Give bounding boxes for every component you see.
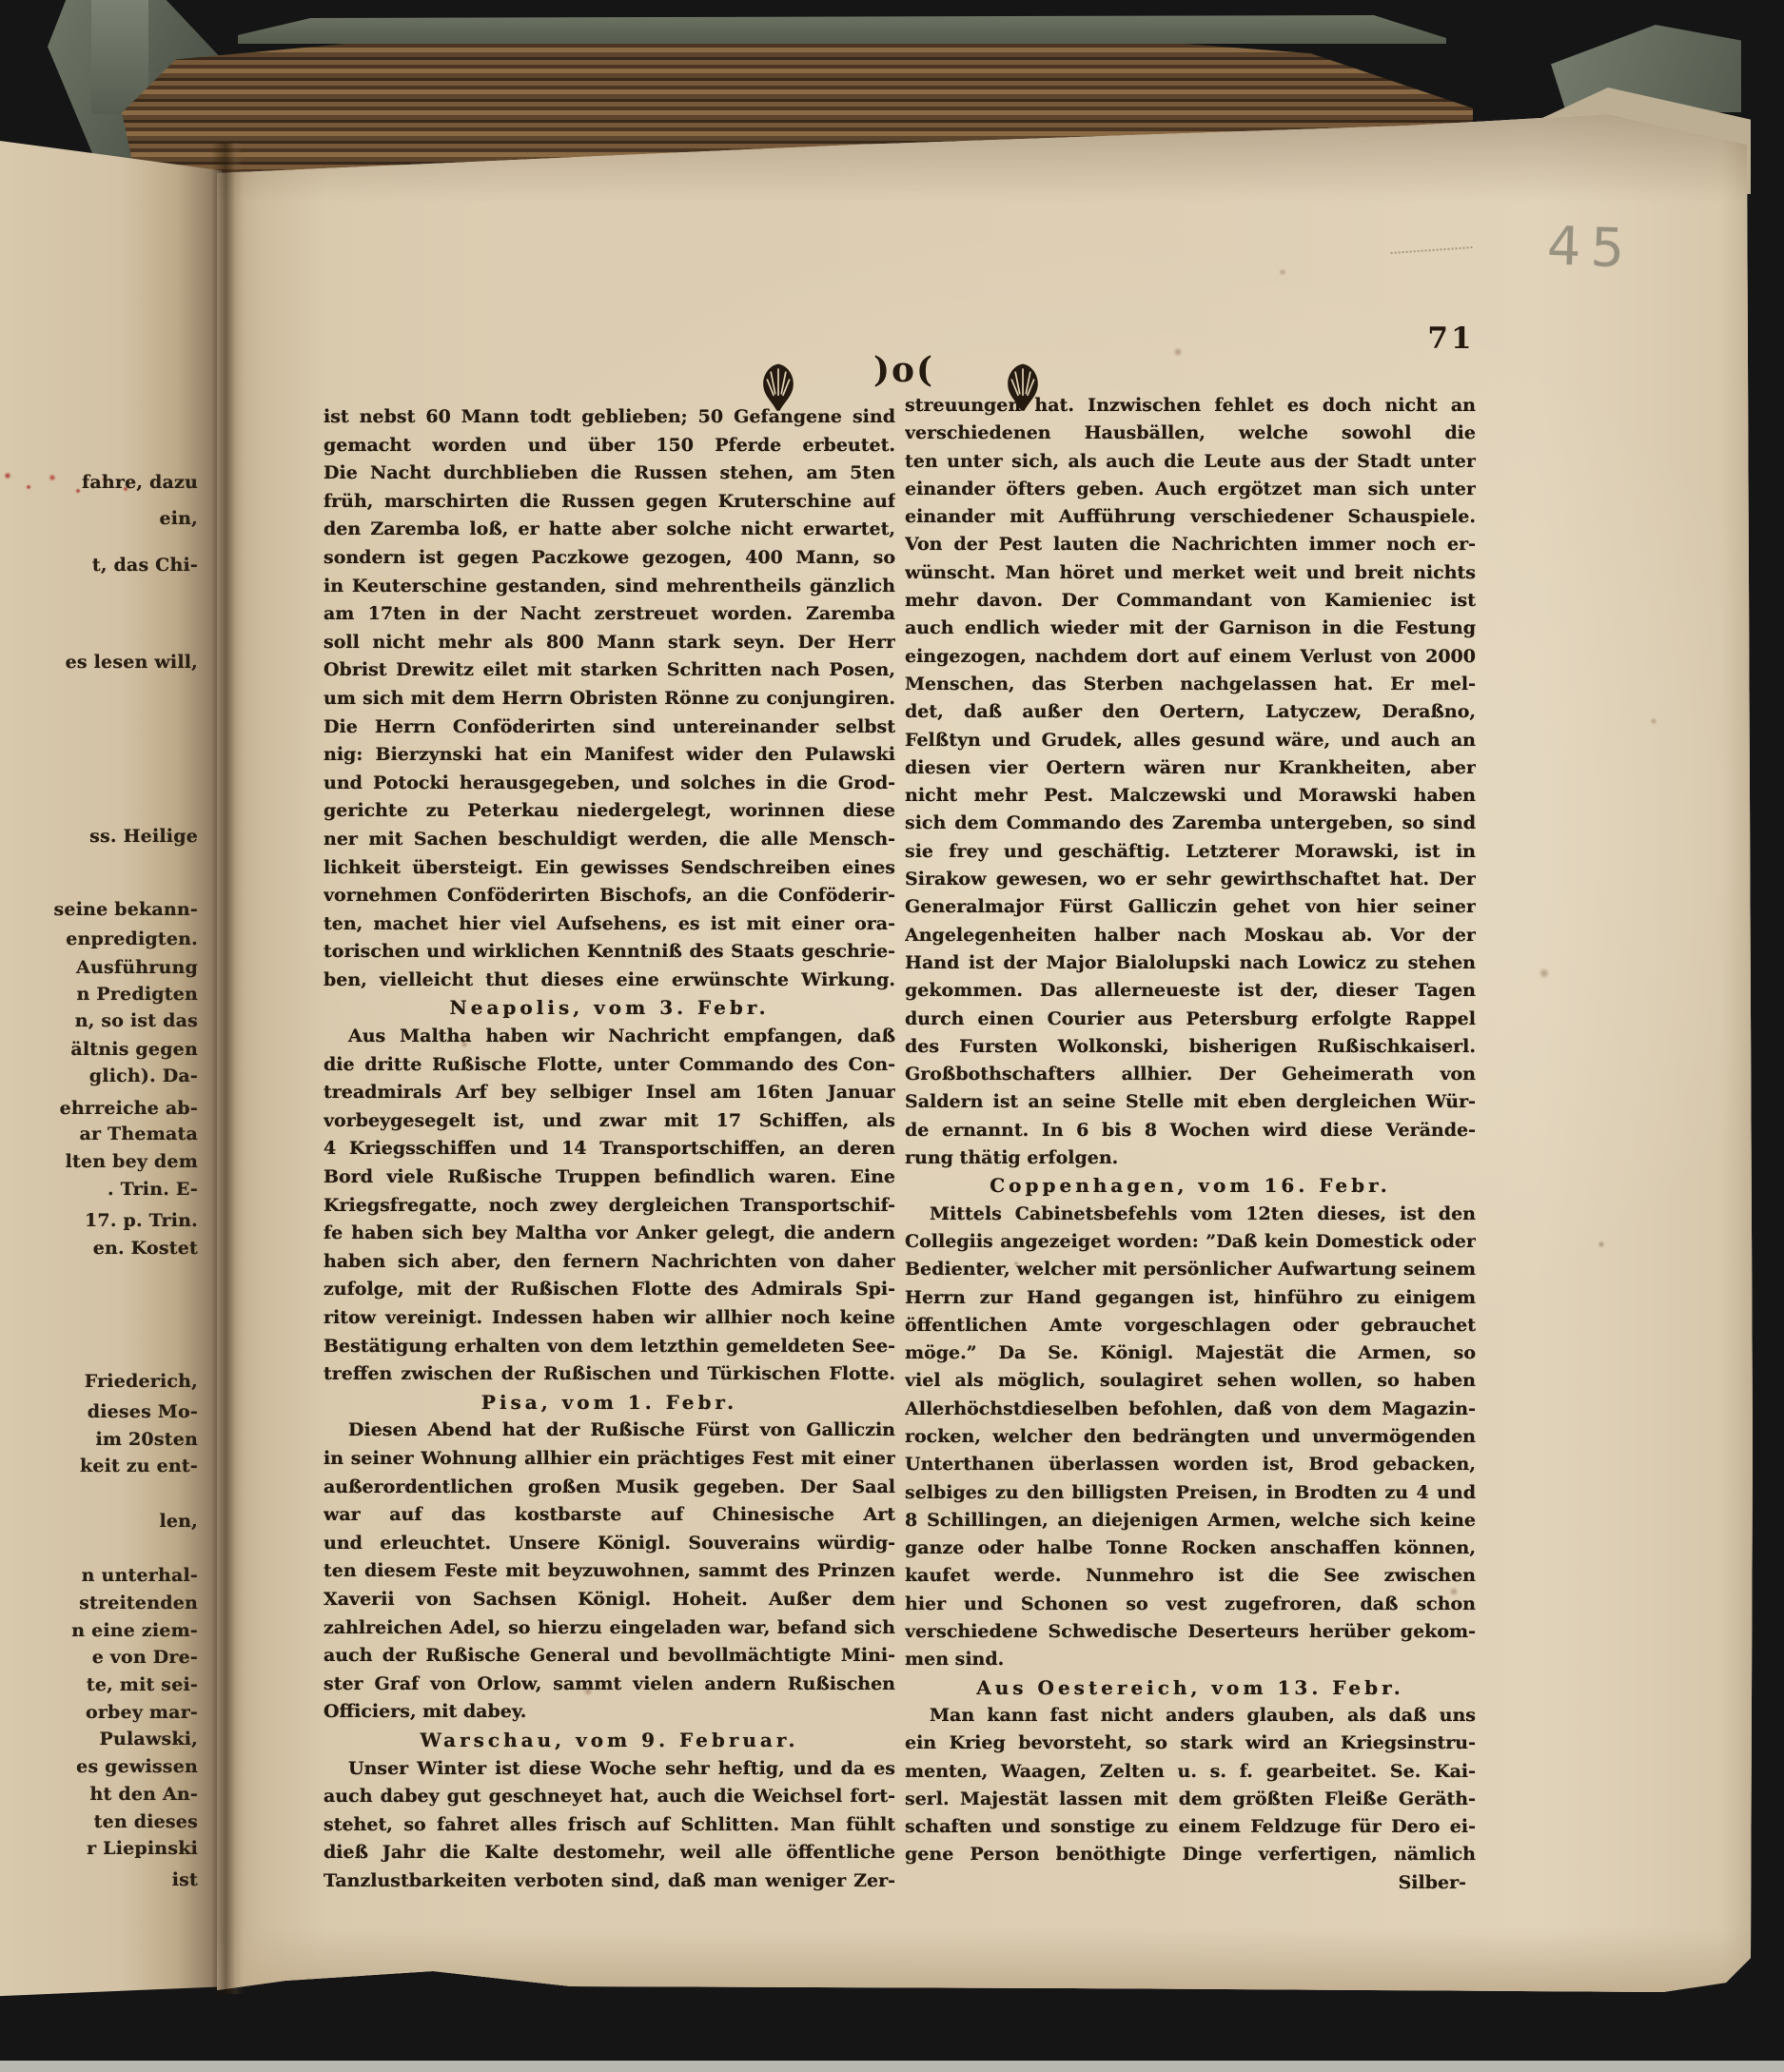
text-line: ritow vereinigt. Indessen haben wir allh… — [323, 1304, 895, 1333]
text-fragment: glich). Da- — [89, 1065, 198, 1086]
text-fragment: n eine ziem- — [71, 1620, 198, 1641]
text-line: mehr davon. Der Commandant von Kamieniec… — [905, 587, 1476, 615]
text-fragment: ht den An- — [90, 1784, 198, 1805]
text-fragment: lten bey dem — [66, 1151, 198, 1172]
text-line: Angelegenheiten halber nach Moskau ab. V… — [905, 922, 1476, 949]
text-line: fe haben sich bey Maltha vor Anker geleg… — [323, 1220, 895, 1248]
text-line: rocken, welcher den bedrängten und unver… — [905, 1423, 1476, 1451]
text-line: Generalmajor Fürst Galliczin gehet von h… — [905, 893, 1476, 921]
text-line: nig: Bierzynski hat ein Manifest wider d… — [323, 741, 895, 770]
text-line: sie frey und geschäftig. Letzterer Moraw… — [905, 838, 1476, 866]
text-line: ner mit Sachen beschuldigt werden, die a… — [323, 826, 895, 854]
text-line: um sich mit dem Herrn Obristen Rönne zu … — [323, 685, 895, 713]
text-line: einander mit Aufführung verschiedener Sc… — [905, 503, 1476, 531]
text-line: ganze oder halbe Tonne Rocken anschaffen… — [905, 1534, 1476, 1562]
text-line: serl. Majestät lassen mit dem größten Fl… — [905, 1786, 1476, 1813]
text-line: viel als möglich, soulagiret sehen wolle… — [905, 1367, 1476, 1395]
text-line: wünscht. Man höret und merket weit und b… — [905, 559, 1476, 587]
text-fragment: dieses Mo- — [88, 1401, 198, 1422]
text-fragment: keit zu ent- — [80, 1456, 198, 1476]
text-fragment: orbey mar- — [86, 1702, 198, 1723]
handwritten-folio-number: 45 — [1546, 215, 1635, 280]
text-line: Felßtyn und Grudek, alles gesund wäre, u… — [905, 727, 1476, 754]
text-line: torischen und wirklichen Kenntniß des St… — [323, 938, 895, 967]
text-line: einander öfters geben. Auch ergötzet man… — [905, 476, 1476, 503]
text-line: Sirakow gewesen, wo er sehr gewirthschaf… — [905, 866, 1476, 893]
text-line: verschiedene Schwedische Deserteurs herü… — [905, 1618, 1476, 1646]
text-line: ten diesem Feste mit beyzuwohnen, sammt … — [323, 1557, 895, 1586]
text-line: menten, Waagen, Zelten u. s. f. gearbeit… — [905, 1758, 1476, 1786]
section-heading: Aus Oestereich, vom 13. Febr. — [905, 1674, 1476, 1702]
text-line: Unser Winter ist diese Woche sehr heftig… — [323, 1755, 895, 1784]
text-line: ster Graf von Orlow, sammt vielen andern… — [323, 1671, 895, 1699]
text-line: öffentlichen Amte vorgeschlagen oder geb… — [905, 1312, 1476, 1339]
text-fragment: es gewissen — [76, 1756, 198, 1777]
text-line: diesen vier Oertern wären nur Krankheite… — [905, 754, 1476, 782]
scanner-edge-strip — [0, 2061, 1784, 2072]
text-line: Großbothschafters allhier. Der Geheimera… — [905, 1061, 1476, 1088]
scanned-book-photo: { "header": { "ornament_left": "shell-or… — [0, 0, 1784, 2072]
text-fragment: n, so ist das — [75, 1010, 198, 1031]
text-line: Aus Maltha haben wir Nachricht empfangen… — [323, 1023, 895, 1051]
text-line: gerichte zu Peterkau niedergelegt, worin… — [323, 797, 895, 826]
text-line: treadmirals Arf bey selbiger Insel am 16… — [323, 1079, 895, 1107]
gutter-crease — [211, 143, 244, 1994]
text-line: Mittels Cabinetsbefehls vom 12ten dieses… — [905, 1201, 1476, 1228]
text-line: auch dabey gut geschneyet hat, auch die … — [323, 1783, 895, 1811]
printers-mark: )o( — [861, 350, 947, 390]
text-line: und erleuchtet. Unsere Königl. Souverain… — [323, 1530, 895, 1558]
text-fragment: streitenden — [79, 1593, 198, 1613]
text-line: eingezogen, nachdem dort auf einem Verlu… — [905, 643, 1476, 671]
text-line: Die Herrn Conföderirten sind untereinand… — [323, 713, 895, 742]
left-page-text-fragments: fahre, dazuein,t, das Chi-es lesen will,… — [0, 0, 204, 2072]
text-line: gemacht worden und über 150 Pferde erbeu… — [323, 432, 895, 460]
text-line: nicht mehr Pest. Malczewski und Morawski… — [905, 782, 1476, 810]
text-line: ten, machet hier viel Aufsehens, es ist … — [323, 910, 895, 939]
text-fragment: ältnis gegen — [70, 1039, 198, 1060]
text-line: men sind. — [905, 1646, 1476, 1673]
text-line: des Fursten Wolkonski, bisherigen Rußisc… — [905, 1033, 1476, 1061]
text-line: ein Krieg bevorsteht, so stark wird an K… — [905, 1730, 1476, 1757]
text-line: in seiner Wohnung allhier ein prächtiges… — [323, 1445, 895, 1474]
text-line: ist nebst 60 Mann todt geblieben; 50 Gef… — [323, 403, 895, 432]
text-fragment: . Trin. E- — [108, 1179, 198, 1200]
text-fragment: Pulawski, — [100, 1729, 198, 1749]
section-heading: Warschau, vom 9. Februar. — [323, 1727, 895, 1755]
text-fragment: es lesen will, — [66, 652, 198, 673]
text-line: die dritte Rußische Flotte, unter Comman… — [323, 1051, 895, 1080]
text-column-left: ist nebst 60 Mann todt geblieben; 50 Gef… — [323, 403, 895, 1895]
text-line: und Potocki herausgegeben, und solches i… — [323, 770, 895, 798]
text-fragment: e von Dre- — [92, 1647, 198, 1668]
text-line: hier und Schonen so vest zugefroren, daß… — [905, 1591, 1476, 1618]
text-line: Hand ist der Major Bialolupski nach Lowi… — [905, 949, 1476, 977]
text-line: ben, vielleicht thut dieses eine erwünsc… — [323, 967, 895, 995]
text-line: früh, marschirten die Russen gegen Krute… — [323, 488, 895, 517]
text-fragment: t, das Chi- — [92, 555, 198, 576]
catchword: Silber- — [905, 1869, 1476, 1897]
text-line: Von der Pest lauten die Nachrichten imme… — [905, 531, 1476, 558]
text-line: zufolge, mit der Rußischen Flotte des Ad… — [323, 1276, 895, 1304]
text-line: soll nicht mehr als 800 Mann stark seyn.… — [323, 629, 895, 657]
text-line: kaufet werde. Nunmehro ist die See zwisc… — [905, 1562, 1476, 1590]
text-line: schaften und sonstige zu einem Feldzuge … — [905, 1813, 1476, 1841]
text-line: den Zaremba loß, er hatte aber solche ni… — [323, 516, 895, 544]
text-line: Herrn zur Hand gegangen ist, hinführo zu… — [905, 1284, 1476, 1312]
text-line: auch der Rußische General und bevollmäch… — [323, 1642, 895, 1671]
text-fragment: n Predigten — [77, 984, 198, 1005]
text-line: war auf das kostbarste auf Chinesische A… — [323, 1501, 895, 1530]
text-line: selbiges zu den billigsten Preisen, in B… — [905, 1479, 1476, 1507]
text-line: 4 Kriegsschiffen und 14 Transportschiffe… — [323, 1135, 895, 1163]
text-fragment: 17. p. Trin. — [85, 1210, 198, 1231]
text-line: Man kann fast nicht anders glauben, als … — [905, 1702, 1476, 1730]
section-heading: Coppenhagen, vom 16. Febr. — [905, 1172, 1476, 1200]
text-line: ten unter sich, als auch die Leute aus d… — [905, 448, 1476, 476]
text-fragment: ehrreiche ab- — [60, 1098, 198, 1119]
section-heading: Pisa, vom 1. Febr. — [323, 1389, 895, 1417]
text-fragment: Friederich, — [85, 1371, 198, 1392]
text-line: Kriegsfregatte, noch zwey dergleichen Tr… — [323, 1192, 895, 1221]
text-line: Die Nacht durchblieben die Russen stehen… — [323, 459, 895, 488]
text-line: vorbeygesegelt ist, und zwar mit 17 Schi… — [323, 1107, 895, 1136]
text-line: Bord viele Rußische Truppen befindlich w… — [323, 1163, 895, 1192]
text-line: verschiedenen Hausbällen, welche sowohl … — [905, 420, 1476, 447]
text-line: am 17ten in der Nacht zerstreuet worden.… — [323, 600, 895, 629]
text-line: streuungen hat. Inzwischen fehlet es doc… — [905, 392, 1476, 420]
text-line: möge.” Da Se. Königl. Majestät die Armen… — [905, 1339, 1476, 1367]
text-line: treffen zwischen der Rußischen und Türki… — [323, 1360, 895, 1389]
text-fragment: te, mit sei- — [87, 1674, 198, 1695]
text-fragment: enpredigten. — [66, 928, 198, 949]
text-line: Menschen, das Sterben nachgelassen hat. … — [905, 671, 1476, 698]
text-fragment: im 20sten — [95, 1429, 198, 1450]
text-line: sich dem Commando des Zaremba untergeben… — [905, 810, 1476, 837]
text-line: Allerhöchstdieselben befohlen, daß von d… — [905, 1396, 1476, 1423]
text-line: Bedienter, welcher mit persönlicher Aufw… — [905, 1256, 1476, 1283]
text-line: Saldern ist an seine Stelle mit eben der… — [905, 1088, 1476, 1116]
text-fragment: ten dieses — [94, 1811, 198, 1832]
text-fragment: fahre, dazu — [82, 472, 198, 493]
text-line: haben sich aber, den fernern Nachrichten… — [323, 1248, 895, 1277]
text-line: in Keuterschine gestanden, sind mehrenth… — [323, 573, 895, 601]
text-line: 8 Schillingen, an diejenigen Armen, welc… — [905, 1507, 1476, 1534]
text-column-right: streuungen hat. Inzwischen fehlet es doc… — [905, 392, 1476, 1897]
text-line: de ernannt. In 6 bis 8 Wochen wird diese… — [905, 1117, 1476, 1144]
text-line: stehet, so fahret alles frisch auf Schli… — [323, 1811, 895, 1840]
text-line: dieß Jahr die Kalte destomehr, weil alle… — [323, 1839, 895, 1867]
text-line: Tanzlustbarkeiten verboten sind, daß man… — [323, 1867, 895, 1896]
text-line: durch einen Courier aus Petersburg erfol… — [905, 1006, 1476, 1033]
text-line: gene Person benöthigte Dinge verfertigen… — [905, 1841, 1476, 1868]
text-line: vornehmen Conföderirten Bischofs, an die… — [323, 882, 895, 910]
text-line: auch endlich wieder mit der Garnison in … — [905, 615, 1476, 642]
text-line: Collegiis angezeiget worden: ”Daß kein D… — [905, 1228, 1476, 1256]
text-fragment: len, — [159, 1511, 198, 1532]
text-line: gekommen. Das allerneueste ist der, dies… — [905, 977, 1476, 1005]
text-fragment: en. Kostet — [93, 1238, 198, 1259]
text-fragment: r Liepinski — [87, 1838, 198, 1859]
text-fragment: ist — [172, 1869, 198, 1890]
text-line: Xaverii von Sachsen Königl. Hoheit. Auße… — [323, 1586, 895, 1614]
text-fragment: ar Themata — [80, 1124, 198, 1144]
text-line: lichkeit übersteigt. Ein gewisses Sendsc… — [323, 854, 895, 883]
text-fragment: ss. Heilige — [89, 826, 198, 847]
text-line: rung thätig erfolgen. — [905, 1144, 1476, 1172]
text-line: det, daß außer den Oertern, Latyczew, De… — [905, 698, 1476, 726]
text-line: Bestätigung erhalten von dem letzthin ge… — [323, 1333, 895, 1361]
text-line: Diesen Abend hat der Rußische Fürst von … — [323, 1417, 895, 1445]
text-fragment: ein, — [159, 508, 198, 529]
text-line: Officiers, mit dabey. — [323, 1698, 895, 1727]
text-fragment: n unterhal- — [82, 1565, 198, 1586]
text-line: außerordentlichen großen Musik gegeben. … — [323, 1474, 895, 1502]
book-board-top-edge — [238, 15, 1446, 44]
text-line: sondern ist gegen Paczkowe gezogen, 400 … — [323, 544, 895, 573]
text-line: Obrist Drewitz eilet mit starken Schritt… — [323, 656, 895, 685]
text-fragment: Ausführung — [76, 957, 198, 978]
text-fragment: seine bekann- — [54, 899, 198, 920]
section-heading: Neapolis, vom 3. Febr. — [323, 994, 895, 1023]
text-line: Unterthanen überlassen worden ist, Brod … — [905, 1451, 1476, 1478]
page-number: 71 — [1418, 322, 1484, 356]
text-line: zahlreichen Adel, so hierzu eingeladen w… — [323, 1614, 895, 1643]
